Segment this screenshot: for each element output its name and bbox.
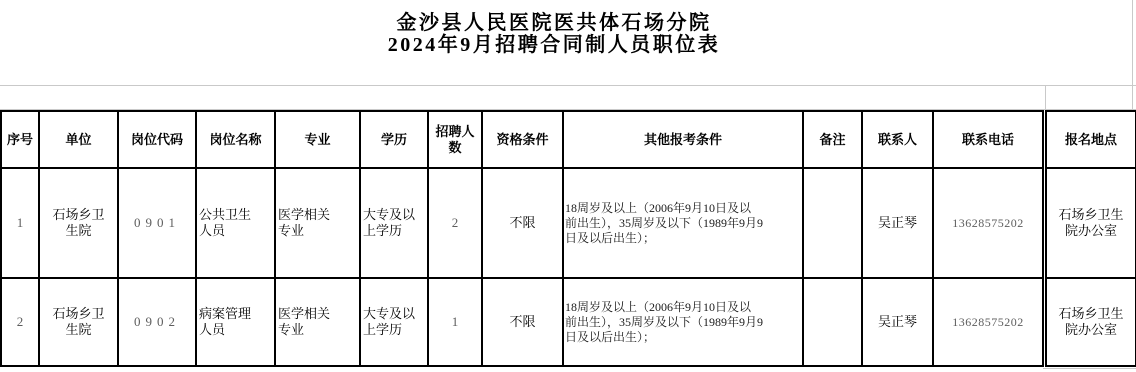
cell-contact: 吴正琴: [862, 278, 933, 366]
cell-count: 2: [428, 168, 482, 278]
header-cell-qualification: 资格条件: [482, 111, 563, 168]
cell-post: 公共卫生 人员: [196, 168, 275, 278]
header-cell-post: 岗位名称: [196, 111, 275, 168]
cell-other-conditions: 18周岁及以上（2006年9月10日及以 前出生），35周岁及以下（1989年9…: [563, 168, 803, 278]
cell-education: 大专及以 上学历: [360, 278, 428, 366]
header-cell-contact: 联系人: [862, 111, 933, 168]
cell-code: 0901: [118, 168, 196, 278]
cell-remark: [803, 168, 862, 278]
location-column-table: 报名地点 石场乡卫生 院办公室 石场乡卫生 院办公室: [1045, 110, 1136, 367]
page-title-line2: 2024年9月招聘合同制人员职位表: [0, 34, 1108, 56]
page-title-line1: 金沙县人民医院医共体石场分院: [0, 12, 1108, 34]
gridline-vertical-right: [1132, 0, 1133, 110]
header-cell-phone: 联系电话: [933, 111, 1043, 168]
cell-qualification: 不限: [482, 168, 563, 278]
gridline-horizontal-upper: [0, 85, 1136, 86]
document-canvas: 金沙县人民医院医共体石场分院 2024年9月招聘合同制人员职位表 序号 单位 岗…: [0, 0, 1136, 372]
header-cell-education: 学历: [360, 111, 428, 168]
cell-location: 石场乡卫生 院办公室: [1046, 168, 1136, 278]
cell-major: 医学相关 专业: [275, 168, 360, 278]
location-row-2: 石场乡卫生 院办公室: [1046, 278, 1136, 366]
cell-unit: 石场乡卫 生院: [39, 278, 118, 366]
cell-remark: [803, 278, 862, 366]
header-row: 序号 单位 岗位代码 岗位名称 专业 学历 招聘人 数 资格条件 其他报考条件 …: [1, 111, 1043, 168]
table-row-2: 2 石场乡卫 生院 0902 病案管理 人员 医学相关 专业 大专及以 上学历 …: [1, 278, 1043, 366]
cell-code: 0902: [118, 278, 196, 366]
cell-education: 大专及以 上学历: [360, 168, 428, 278]
table-row-1: 1 石场乡卫 生院 0901 公共卫生 人员 医学相关 专业 大专及以 上学历 …: [1, 168, 1043, 278]
cell-seq: 2: [1, 278, 39, 366]
gridline-vertical-location: [1045, 85, 1046, 110]
location-header-row: 报名地点: [1046, 111, 1136, 168]
page-title: 金沙县人民医院医共体石场分院 2024年9月招聘合同制人员职位表: [0, 12, 1108, 56]
cell-count: 1: [428, 278, 482, 366]
cell-contact: 吴正琴: [862, 168, 933, 278]
cell-seq: 1: [1, 168, 39, 278]
header-cell-other: 其他报考条件: [563, 111, 803, 168]
cell-phone: 13628575202: [933, 168, 1043, 278]
cell-location: 石场乡卫生 院办公室: [1046, 278, 1136, 366]
header-cell-remark: 备注: [803, 111, 862, 168]
cell-unit: 石场乡卫 生院: [39, 168, 118, 278]
header-cell-seq: 序号: [1, 111, 39, 168]
cell-phone: 13628575202: [933, 278, 1043, 366]
cell-major: 医学相关 专业: [275, 278, 360, 366]
gridline-horizontal-bottom: [1043, 368, 1136, 369]
positions-table: 序号 单位 岗位代码 岗位名称 专业 学历 招聘人 数 资格条件 其他报考条件 …: [0, 110, 1044, 367]
location-row-1: 石场乡卫生 院办公室: [1046, 168, 1136, 278]
cell-other-conditions: 18周岁及以上（2006年9月10日及以 前出生），35周岁及以下（1989年9…: [563, 278, 803, 366]
header-cell-count: 招聘人 数: [428, 111, 482, 168]
header-cell-code: 岗位代码: [118, 111, 196, 168]
cell-qualification: 不限: [482, 278, 563, 366]
header-cell-unit: 单位: [39, 111, 118, 168]
header-cell-major: 专业: [275, 111, 360, 168]
header-cell-location: 报名地点: [1046, 111, 1136, 168]
cell-post: 病案管理 人员: [196, 278, 275, 366]
